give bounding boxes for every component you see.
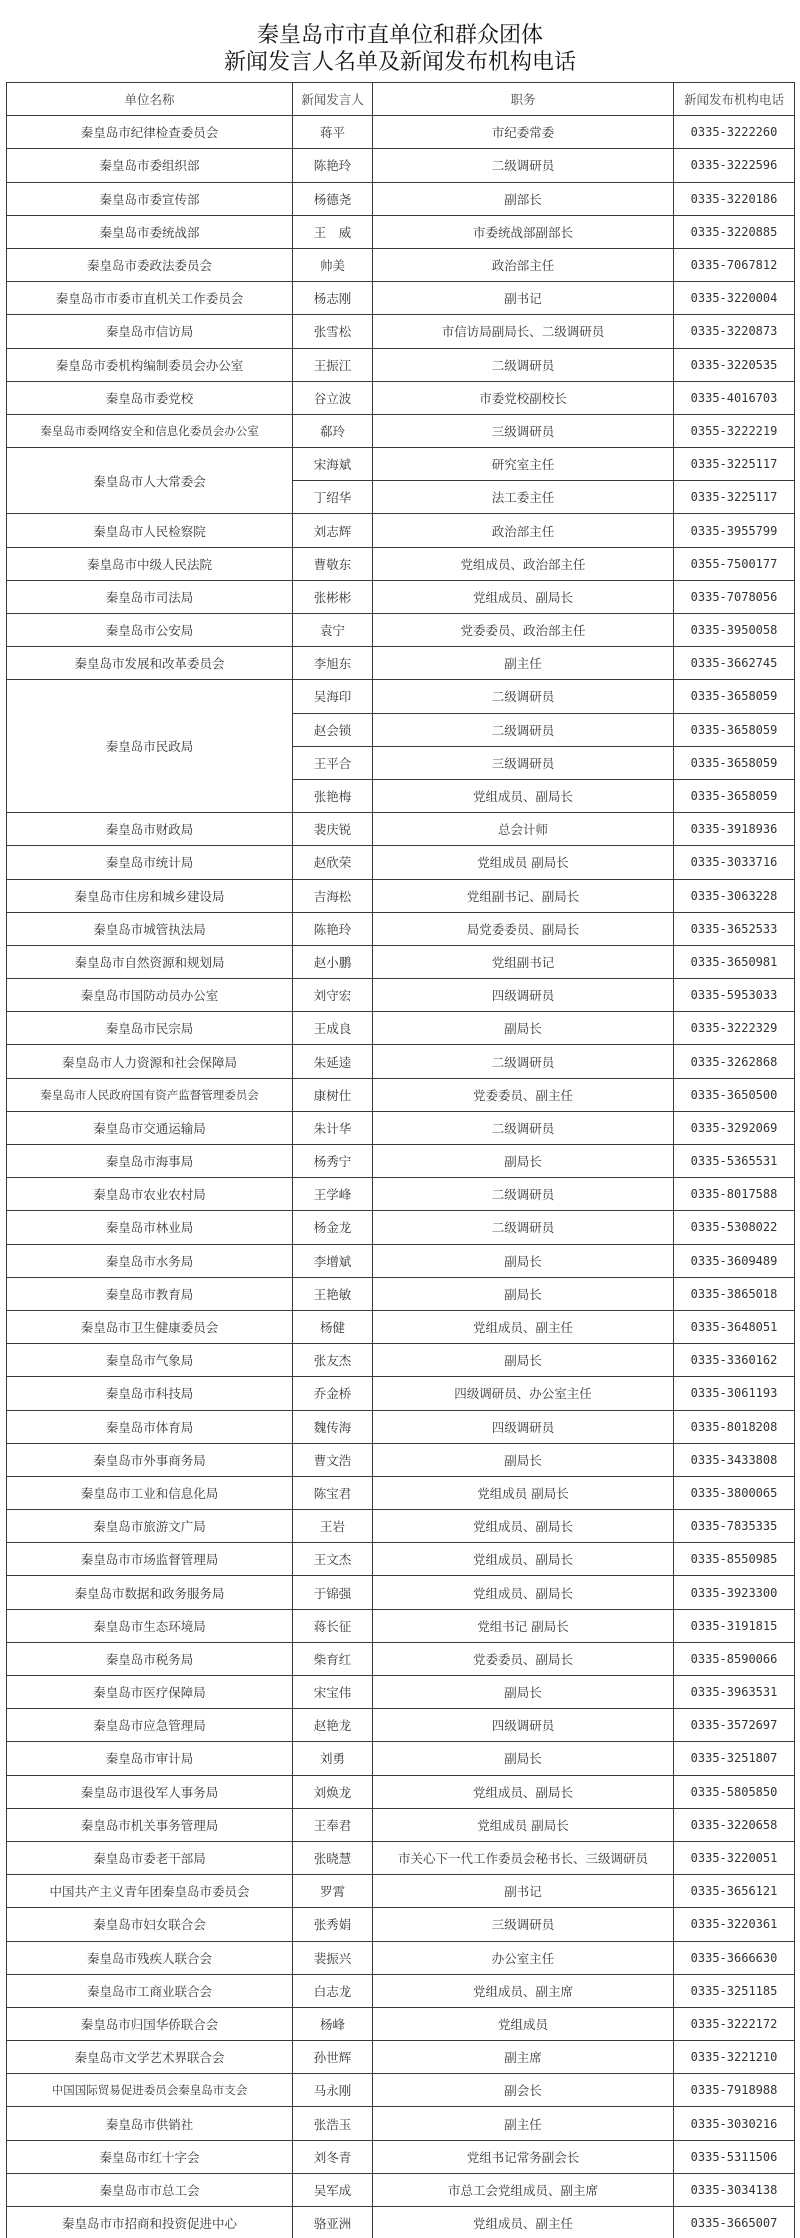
cell-position: 四级调研员 xyxy=(373,1410,674,1443)
cell-position: 副局长 xyxy=(373,1145,674,1178)
cell-phone: 0335-5805850 xyxy=(674,1775,795,1808)
table-row: 秦皇岛市审计局刘勇副局长0335-3251807 xyxy=(7,1742,795,1775)
cell-position: 二级调研员 xyxy=(373,1178,674,1211)
cell-position: 副主席 xyxy=(373,2041,674,2074)
table-row: 秦皇岛市信访局张雪松市信访局副局长、二级调研员0335-3220873 xyxy=(7,315,795,348)
cell-position: 市委统战部副部长 xyxy=(373,215,674,248)
cell-unit: 秦皇岛市体育局 xyxy=(7,1410,293,1443)
table-row: 秦皇岛市科技局乔金桥四级调研员、办公室主任0335-3061193 xyxy=(7,1377,795,1410)
cell-unit: 秦皇岛市生态环境局 xyxy=(7,1609,293,1642)
cell-unit: 秦皇岛市纪律检查委员会 xyxy=(7,116,293,149)
table-body: 秦皇岛市纪律检查委员会蒋平市纪委常委0335-3222260秦皇岛市委组织部陈艳… xyxy=(7,116,795,2238)
document-title: 秦皇岛市市直单位和群众团体 新闻发言人名单及新闻发布机构电话 xyxy=(0,0,800,82)
table-row: 秦皇岛市国防动员办公室刘守宏四级调研员0335-5953033 xyxy=(7,979,795,1012)
cell-phone: 0335-5308022 xyxy=(674,1211,795,1244)
cell-phone: 0335-3063228 xyxy=(674,879,795,912)
cell-spokesperson: 陈艳玲 xyxy=(293,149,373,182)
cell-spokesperson: 朱延逵 xyxy=(293,1045,373,1078)
cell-position: 副局长 xyxy=(373,1244,674,1277)
cell-phone: 0335-3262868 xyxy=(674,1045,795,1078)
cell-spokesperson: 康树仕 xyxy=(293,1078,373,1111)
cell-unit: 秦皇岛市旅游文广局 xyxy=(7,1510,293,1543)
cell-phone: 0335-3222172 xyxy=(674,2007,795,2040)
cell-position: 二级调研员 xyxy=(373,348,674,381)
cell-unit: 秦皇岛市国防动员办公室 xyxy=(7,979,293,1012)
cell-position: 二级调研员 xyxy=(373,1111,674,1144)
cell-unit: 秦皇岛市农业农村局 xyxy=(7,1178,293,1211)
cell-position: 办公室主任 xyxy=(373,1941,674,1974)
cell-unit: 秦皇岛市外事商务局 xyxy=(7,1443,293,1476)
cell-phone: 0335-3662745 xyxy=(674,647,795,680)
cell-unit: 秦皇岛市机关事务管理局 xyxy=(7,1808,293,1841)
cell-spokesperson: 裴庆锐 xyxy=(293,813,373,846)
cell-spokesperson: 杨德尧 xyxy=(293,182,373,215)
cell-unit: 中国共产主义青年团秦皇岛市委员会 xyxy=(7,1875,293,1908)
table-row: 秦皇岛市交通运输局朱计华二级调研员0335-3292069 xyxy=(7,1111,795,1144)
cell-spokesperson: 王成良 xyxy=(293,1012,373,1045)
cell-spokesperson: 张彬彬 xyxy=(293,580,373,613)
cell-unit: 中国国际贸易促进委员会秦皇岛市支会 xyxy=(7,2074,293,2107)
cell-spokesperson: 丁绍华 xyxy=(293,481,373,514)
cell-position: 三级调研员 xyxy=(373,414,674,447)
table-row: 秦皇岛市委统战部王 威市委统战部副部长0335-3220885 xyxy=(7,215,795,248)
cell-phone: 0335-7835335 xyxy=(674,1510,795,1543)
cell-spokesperson: 乔金桥 xyxy=(293,1377,373,1410)
table-row: 秦皇岛市委党校谷立波市委党校副校长0335-4016703 xyxy=(7,381,795,414)
table-row: 秦皇岛市工业和信息化局陈宝君党组成员 副局长0335-3800065 xyxy=(7,1476,795,1509)
cell-position: 党组成员 副局长 xyxy=(373,1808,674,1841)
table-row: 秦皇岛市旅游文广局王岩党组成员、副局长0335-7835335 xyxy=(7,1510,795,1543)
cell-spokesperson: 魏传海 xyxy=(293,1410,373,1443)
cell-spokesperson: 骆亚洲 xyxy=(293,2207,373,2238)
cell-unit: 秦皇岛市住房和城乡建设局 xyxy=(7,879,293,912)
cell-position: 党组成员、副局长 xyxy=(373,1576,674,1609)
cell-phone: 0335-3572697 xyxy=(674,1709,795,1742)
table-row: 秦皇岛市人民政府国有资产监督管理委员会康树仕党委委员、副主任0335-36505… xyxy=(7,1078,795,1111)
cell-spokesperson: 陈宝君 xyxy=(293,1476,373,1509)
cell-spokesperson: 柴育红 xyxy=(293,1642,373,1675)
cell-position: 市关心下一代工作委员会秘书长、三级调研员 xyxy=(373,1841,674,1874)
cell-unit: 秦皇岛市科技局 xyxy=(7,1377,293,1410)
header-position: 职务 xyxy=(373,83,674,116)
cell-spokesperson: 陈艳玲 xyxy=(293,912,373,945)
cell-phone: 0335-3658059 xyxy=(674,680,795,713)
cell-phone: 0335-7078056 xyxy=(674,580,795,613)
cell-position: 党组副书记、副局长 xyxy=(373,879,674,912)
cell-spokesperson: 王振江 xyxy=(293,348,373,381)
table-row: 中国共产主义青年团秦皇岛市委员会罗霄副书记0335-3656121 xyxy=(7,1875,795,1908)
cell-position: 党组成员、副主任 xyxy=(373,2207,674,2238)
cell-phone: 0335-3665007 xyxy=(674,2207,795,2238)
cell-phone: 0335-4016703 xyxy=(674,381,795,414)
cell-position: 三级调研员 xyxy=(373,1908,674,1941)
table-row: 秦皇岛市医疗保障局宋宝伟副局长0335-3963531 xyxy=(7,1676,795,1709)
cell-phone: 0335-3220004 xyxy=(674,282,795,315)
header-phone: 新闻发布机构电话 xyxy=(674,83,795,116)
cell-phone: 0335-3251807 xyxy=(674,1742,795,1775)
cell-phone: 0335-3650500 xyxy=(674,1078,795,1111)
cell-phone: 0335-3061193 xyxy=(674,1377,795,1410)
cell-unit: 秦皇岛市红十字会 xyxy=(7,2140,293,2173)
table-row: 秦皇岛市委政法委员会帅美政治部主任0335-7067812 xyxy=(7,248,795,281)
cell-position: 党委委员、副主任 xyxy=(373,1078,674,1111)
cell-unit: 秦皇岛市市场监督管理局 xyxy=(7,1543,293,1576)
table-row: 秦皇岛市委组织部陈艳玲二级调研员0335-3222596 xyxy=(7,149,795,182)
table-row: 秦皇岛市退役军人事务局刘焕龙党组成员、副局长0335-5805850 xyxy=(7,1775,795,1808)
cell-unit: 秦皇岛市发展和改革委员会 xyxy=(7,647,293,680)
cell-spokesperson: 杨秀宁 xyxy=(293,1145,373,1178)
cell-phone: 0335-8590066 xyxy=(674,1642,795,1675)
cell-spokesperson: 张秀娟 xyxy=(293,1908,373,1941)
cell-position: 党组成员、副局长 xyxy=(373,580,674,613)
table-row: 秦皇岛市机关事务管理局王奉君党组成员 副局长0335-3220658 xyxy=(7,1808,795,1841)
cell-unit: 秦皇岛市市总工会 xyxy=(7,2173,293,2206)
cell-phone: 0335-3433808 xyxy=(674,1443,795,1476)
table-row: 秦皇岛市委网络安全和信息化委员会办公室郗玲三级调研员0355-3222219 xyxy=(7,414,795,447)
table-row: 秦皇岛市文学艺术界联合会孙世辉副主席0335-3221210 xyxy=(7,2041,795,2074)
cell-position: 二级调研员 xyxy=(373,1211,674,1244)
cell-phone: 0335-3950058 xyxy=(674,614,795,647)
cell-phone: 0335-3800065 xyxy=(674,1476,795,1509)
cell-position: 党组成员 副局长 xyxy=(373,1476,674,1509)
cell-unit: 秦皇岛市自然资源和规划局 xyxy=(7,945,293,978)
cell-unit: 秦皇岛市城管执法局 xyxy=(7,912,293,945)
table-row: 秦皇岛市发展和改革委员会李旭东副主任0335-3662745 xyxy=(7,647,795,680)
cell-unit: 秦皇岛市工业和信息化局 xyxy=(7,1476,293,1509)
table-row: 秦皇岛市外事商务局曹文浩副局长0335-3433808 xyxy=(7,1443,795,1476)
table-row: 秦皇岛市民宗局王成良副局长0335-3222329 xyxy=(7,1012,795,1045)
cell-unit: 秦皇岛市委宣传部 xyxy=(7,182,293,215)
cell-spokesperson: 于锦强 xyxy=(293,1576,373,1609)
cell-position: 市纪委常委 xyxy=(373,116,674,149)
table-row: 秦皇岛市工商业联合会白志龙党组成员、副主席0335-3251185 xyxy=(7,1974,795,2007)
cell-unit: 秦皇岛市交通运输局 xyxy=(7,1111,293,1144)
cell-position: 党组书记常务副会长 xyxy=(373,2140,674,2173)
cell-phone: 0335-8550985 xyxy=(674,1543,795,1576)
cell-unit: 秦皇岛市审计局 xyxy=(7,1742,293,1775)
cell-unit: 秦皇岛市林业局 xyxy=(7,1211,293,1244)
cell-spokesperson: 王艳敏 xyxy=(293,1277,373,1310)
table-row: 秦皇岛市卫生健康委员会杨健党组成员、副主任0335-3648051 xyxy=(7,1310,795,1343)
table-row: 秦皇岛市司法局张彬彬党组成员、副局长0335-7078056 xyxy=(7,580,795,613)
cell-spokesperson: 李增斌 xyxy=(293,1244,373,1277)
table-row: 秦皇岛市残疾人联合会裴振兴办公室主任0335-3666630 xyxy=(7,1941,795,1974)
table-row: 秦皇岛市农业农村局王学峰二级调研员0335-8017588 xyxy=(7,1178,795,1211)
table-row: 秦皇岛市气象局张友杰副局长0335-3360162 xyxy=(7,1344,795,1377)
cell-phone: 0335-5311506 xyxy=(674,2140,795,2173)
cell-spokesperson: 刘勇 xyxy=(293,1742,373,1775)
table-row: 秦皇岛市公安局袁宁党委委员、政治部主任0335-3950058 xyxy=(7,614,795,647)
cell-phone: 0335-3030216 xyxy=(674,2107,795,2140)
table-header-row: 单位名称 新闻发言人 职务 新闻发布机构电话 xyxy=(7,83,795,116)
cell-spokesperson: 赵欣荣 xyxy=(293,846,373,879)
cell-spokesperson: 王岩 xyxy=(293,1510,373,1543)
table-row: 秦皇岛市人大常委会宋海斌研究室主任0335-3225117 xyxy=(7,448,795,481)
cell-spokesperson: 张浩玉 xyxy=(293,2107,373,2140)
cell-phone: 0335-3963531 xyxy=(674,1676,795,1709)
cell-phone: 0335-3220873 xyxy=(674,315,795,348)
cell-position: 政治部主任 xyxy=(373,514,674,547)
cell-unit: 秦皇岛市供销社 xyxy=(7,2107,293,2140)
cell-unit: 秦皇岛市委政法委员会 xyxy=(7,248,293,281)
cell-spokesperson: 杨健 xyxy=(293,1310,373,1343)
table-row: 秦皇岛市纪律检查委员会蒋平市纪委常委0335-3222260 xyxy=(7,116,795,149)
cell-unit: 秦皇岛市人民检察院 xyxy=(7,514,293,547)
table-row: 秦皇岛市委老干部局张晓慧市关心下一代工作委员会秘书长、三级调研员0335-322… xyxy=(7,1841,795,1874)
cell-unit: 秦皇岛市教育局 xyxy=(7,1277,293,1310)
cell-position: 三级调研员 xyxy=(373,746,674,779)
cell-spokesperson: 罗霄 xyxy=(293,1875,373,1908)
cell-spokesperson: 曹文浩 xyxy=(293,1443,373,1476)
cell-spokesperson: 王奉君 xyxy=(293,1808,373,1841)
cell-spokesperson: 杨金龙 xyxy=(293,1211,373,1244)
cell-unit: 秦皇岛市人民政府国有资产监督管理委员会 xyxy=(7,1078,293,1111)
cell-position: 副书记 xyxy=(373,282,674,315)
cell-position: 市信访局副局长、二级调研员 xyxy=(373,315,674,348)
cell-unit: 秦皇岛市数据和政务服务局 xyxy=(7,1576,293,1609)
cell-spokesperson: 张雪松 xyxy=(293,315,373,348)
cell-phone: 0335-7067812 xyxy=(674,248,795,281)
cell-phone: 0335-3923300 xyxy=(674,1576,795,1609)
table-row: 秦皇岛市市总工会吴军成市总工会党组成员、副主席0335-3034138 xyxy=(7,2173,795,2206)
cell-position: 党组成员、副局长 xyxy=(373,1775,674,1808)
table-row: 秦皇岛市生态环境局蒋长征党组书记 副局长0335-3191815 xyxy=(7,1609,795,1642)
cell-spokesperson: 蒋长征 xyxy=(293,1609,373,1642)
cell-position: 副局长 xyxy=(373,1443,674,1476)
cell-spokesperson: 朱计华 xyxy=(293,1111,373,1144)
cell-spokesperson: 吴军成 xyxy=(293,2173,373,2206)
cell-position: 副局长 xyxy=(373,1344,674,1377)
table-row: 秦皇岛市财政局裴庆锐总会计师0335-3918936 xyxy=(7,813,795,846)
cell-position: 副局长 xyxy=(373,1742,674,1775)
title-line-2: 新闻发言人名单及新闻发布机构电话 xyxy=(0,49,800,76)
cell-spokesperson: 帅美 xyxy=(293,248,373,281)
table-row: 秦皇岛市海事局杨秀宁副局长0335-5365531 xyxy=(7,1145,795,1178)
cell-spokesperson: 赵会锁 xyxy=(293,713,373,746)
cell-phone: 0335-3221210 xyxy=(674,2041,795,2074)
cell-unit: 秦皇岛市信访局 xyxy=(7,315,293,348)
table-row: 秦皇岛市水务局李增斌副局长0335-3609489 xyxy=(7,1244,795,1277)
cell-spokesperson: 赵小鹏 xyxy=(293,945,373,978)
cell-phone: 0335-8018208 xyxy=(674,1410,795,1443)
cell-unit: 秦皇岛市统计局 xyxy=(7,846,293,879)
cell-spokesperson: 宋宝伟 xyxy=(293,1676,373,1709)
cell-unit: 秦皇岛市司法局 xyxy=(7,580,293,613)
table-row: 中国国际贸易促进委员会秦皇岛市支会马永刚副会长0335-7918988 xyxy=(7,2074,795,2107)
cell-phone: 0335-3033716 xyxy=(674,846,795,879)
cell-position: 党组成员、副主任 xyxy=(373,1310,674,1343)
cell-unit: 秦皇岛市应急管理局 xyxy=(7,1709,293,1742)
table-row: 秦皇岛市市委市直机关工作委员会杨志刚副书记0335-3220004 xyxy=(7,282,795,315)
cell-spokesperson: 王 威 xyxy=(293,215,373,248)
cell-phone: 0335-3865018 xyxy=(674,1277,795,1310)
cell-unit: 秦皇岛市民政局 xyxy=(7,680,293,813)
cell-spokesperson: 张友杰 xyxy=(293,1344,373,1377)
cell-phone: 0335-3222260 xyxy=(674,116,795,149)
cell-unit: 秦皇岛市委党校 xyxy=(7,381,293,414)
cell-phone: 0335-8017588 xyxy=(674,1178,795,1211)
cell-position: 四级调研员、办公室主任 xyxy=(373,1377,674,1410)
cell-spokesperson: 蒋平 xyxy=(293,116,373,149)
cell-position: 党委委员、副局长 xyxy=(373,1642,674,1675)
cell-position: 党组成员、副主席 xyxy=(373,1974,674,2007)
cell-position: 副主任 xyxy=(373,2107,674,2140)
cell-phone: 0335-3034138 xyxy=(674,2173,795,2206)
cell-spokesperson: 马永刚 xyxy=(293,2074,373,2107)
cell-phone: 0335-3191815 xyxy=(674,1609,795,1642)
cell-phone: 0335-3222596 xyxy=(674,149,795,182)
cell-position: 二级调研员 xyxy=(373,1045,674,1078)
cell-unit: 秦皇岛市卫生健康委员会 xyxy=(7,1310,293,1343)
cell-position: 二级调研员 xyxy=(373,713,674,746)
table-row: 秦皇岛市体育局魏传海四级调研员0335-8018208 xyxy=(7,1410,795,1443)
table-row: 秦皇岛市委机构编制委员会办公室王振江二级调研员0335-3220535 xyxy=(7,348,795,381)
table-row: 秦皇岛市林业局杨金龙二级调研员0335-5308022 xyxy=(7,1211,795,1244)
cell-spokesperson: 袁宁 xyxy=(293,614,373,647)
cell-unit: 秦皇岛市委组织部 xyxy=(7,149,293,182)
cell-phone: 0335-3650981 xyxy=(674,945,795,978)
cell-unit: 秦皇岛市医疗保障局 xyxy=(7,1676,293,1709)
cell-phone: 0335-7918988 xyxy=(674,2074,795,2107)
cell-position: 二级调研员 xyxy=(373,680,674,713)
table-row: 秦皇岛市供销社张浩玉副主任0335-3030216 xyxy=(7,2107,795,2140)
cell-position: 副局长 xyxy=(373,1676,674,1709)
cell-phone: 0335-3658059 xyxy=(674,746,795,779)
cell-phone: 0335-3220535 xyxy=(674,348,795,381)
cell-phone: 0335-3220051 xyxy=(674,1841,795,1874)
cell-phone: 0355-3222219 xyxy=(674,414,795,447)
table-row: 秦皇岛市应急管理局赵艳龙四级调研员0335-3572697 xyxy=(7,1709,795,1742)
cell-position: 党委委员、政治部主任 xyxy=(373,614,674,647)
spokesperson-table: 单位名称 新闻发言人 职务 新闻发布机构电话 秦皇岛市纪律检查委员会蒋平市纪委常… xyxy=(6,82,795,2238)
cell-unit: 秦皇岛市中级人民法院 xyxy=(7,547,293,580)
cell-phone: 0335-3648051 xyxy=(674,1310,795,1343)
table-row: 秦皇岛市税务局柴育红党委委员、副局长0335-8590066 xyxy=(7,1642,795,1675)
cell-unit: 秦皇岛市民宗局 xyxy=(7,1012,293,1045)
table-row: 秦皇岛市市招商和投资促进中心骆亚洲党组成员、副主任0335-3665007 xyxy=(7,2207,795,2238)
cell-spokesperson: 张晓慧 xyxy=(293,1841,373,1874)
cell-unit: 秦皇岛市文学艺术界联合会 xyxy=(7,2041,293,2074)
cell-unit: 秦皇岛市妇女联合会 xyxy=(7,1908,293,1941)
title-line-1: 秦皇岛市市直单位和群众团体 xyxy=(0,0,800,49)
cell-unit: 秦皇岛市委网络安全和信息化委员会办公室 xyxy=(7,414,293,447)
cell-position: 政治部主任 xyxy=(373,248,674,281)
cell-position: 党组成员 xyxy=(373,2007,674,2040)
cell-phone: 0335-3220885 xyxy=(674,215,795,248)
cell-position: 党组成员、副局长 xyxy=(373,779,674,812)
header-spokesperson: 新闻发言人 xyxy=(293,83,373,116)
cell-unit: 秦皇岛市海事局 xyxy=(7,1145,293,1178)
cell-unit: 秦皇岛市水务局 xyxy=(7,1244,293,1277)
cell-position: 副主任 xyxy=(373,647,674,680)
header-unit: 单位名称 xyxy=(7,83,293,116)
cell-position: 副局长 xyxy=(373,1012,674,1045)
cell-unit: 秦皇岛市公安局 xyxy=(7,614,293,647)
cell-unit: 秦皇岛市委老干部局 xyxy=(7,1841,293,1874)
cell-phone: 0335-3360162 xyxy=(674,1344,795,1377)
cell-phone: 0335-5365531 xyxy=(674,1145,795,1178)
table-row: 秦皇岛市城管执法局陈艳玲局党委委员、副局长0335-3652533 xyxy=(7,912,795,945)
cell-position: 二级调研员 xyxy=(373,149,674,182)
cell-phone: 0335-3292069 xyxy=(674,1111,795,1144)
cell-position: 市总工会党组成员、副主席 xyxy=(373,2173,674,2206)
cell-phone: 0335-3220186 xyxy=(674,182,795,215)
cell-spokesperson: 曹敬东 xyxy=(293,547,373,580)
cell-spokesperson: 郗玲 xyxy=(293,414,373,447)
cell-spokesperson: 宋海斌 xyxy=(293,448,373,481)
cell-unit: 秦皇岛市委机构编制委员会办公室 xyxy=(7,348,293,381)
cell-position: 副部长 xyxy=(373,182,674,215)
cell-phone: 0335-3656121 xyxy=(674,1875,795,1908)
table-row: 秦皇岛市自然资源和规划局赵小鹏党组副书记0335-3650981 xyxy=(7,945,795,978)
cell-unit: 秦皇岛市人力资源和社会保障局 xyxy=(7,1045,293,1078)
cell-position: 研究室主任 xyxy=(373,448,674,481)
cell-phone: 0335-3222329 xyxy=(674,1012,795,1045)
cell-position: 总会计师 xyxy=(373,813,674,846)
cell-spokesperson: 刘志辉 xyxy=(293,514,373,547)
cell-position: 市委党校副校长 xyxy=(373,381,674,414)
table-row: 秦皇岛市中级人民法院曹敬东党组成员、政治部主任0355-7500177 xyxy=(7,547,795,580)
cell-unit: 秦皇岛市市委市直机关工作委员会 xyxy=(7,282,293,315)
cell-phone: 0335-3658059 xyxy=(674,779,795,812)
cell-spokesperson: 刘守宏 xyxy=(293,979,373,1012)
cell-unit: 秦皇岛市市招商和投资促进中心 xyxy=(7,2207,293,2238)
cell-unit: 秦皇岛市工商业联合会 xyxy=(7,1974,293,2007)
table-row: 秦皇岛市红十字会刘冬青党组书记常务副会长0335-5311506 xyxy=(7,2140,795,2173)
cell-phone: 0335-3220361 xyxy=(674,1908,795,1941)
cell-phone: 0335-3658059 xyxy=(674,713,795,746)
cell-position: 四级调研员 xyxy=(373,1709,674,1742)
table-row: 秦皇岛市归国华侨联合会杨峰党组成员0335-3222172 xyxy=(7,2007,795,2040)
cell-unit: 秦皇岛市人大常委会 xyxy=(7,448,293,514)
table-row: 秦皇岛市住房和城乡建设局吉海松党组副书记、副局长0335-3063228 xyxy=(7,879,795,912)
table-row: 秦皇岛市人力资源和社会保障局朱延逵二级调研员0335-3262868 xyxy=(7,1045,795,1078)
cell-spokesperson: 李旭东 xyxy=(293,647,373,680)
cell-position: 党组成员、副局长 xyxy=(373,1543,674,1576)
cell-unit: 秦皇岛市残疾人联合会 xyxy=(7,1941,293,1974)
cell-position: 党组副书记 xyxy=(373,945,674,978)
cell-position: 党组成员、政治部主任 xyxy=(373,547,674,580)
cell-phone: 0355-7500177 xyxy=(674,547,795,580)
cell-position: 四级调研员 xyxy=(373,979,674,1012)
cell-phone: 0335-3918936 xyxy=(674,813,795,846)
table-row: 秦皇岛市委宣传部杨德尧副部长0335-3220186 xyxy=(7,182,795,215)
cell-position: 党组书记 副局长 xyxy=(373,1609,674,1642)
table-row: 秦皇岛市统计局赵欣荣党组成员 副局长0335-3033716 xyxy=(7,846,795,879)
cell-spokesperson: 吉海松 xyxy=(293,879,373,912)
cell-unit: 秦皇岛市归国华侨联合会 xyxy=(7,2007,293,2040)
table-row: 秦皇岛市人民检察院刘志辉政治部主任0335-3955799 xyxy=(7,514,795,547)
cell-phone: 0335-3225117 xyxy=(674,481,795,514)
cell-spokesperson: 赵艳龙 xyxy=(293,1709,373,1742)
cell-spokesperson: 吴海印 xyxy=(293,680,373,713)
cell-spokesperson: 裴振兴 xyxy=(293,1941,373,1974)
cell-position: 党组成员 副局长 xyxy=(373,846,674,879)
cell-unit: 秦皇岛市退役军人事务局 xyxy=(7,1775,293,1808)
table-row: 秦皇岛市妇女联合会张秀娟三级调研员0335-3220361 xyxy=(7,1908,795,1941)
cell-position: 法工委主任 xyxy=(373,481,674,514)
cell-spokesperson: 刘冬青 xyxy=(293,2140,373,2173)
cell-spokesperson: 王文杰 xyxy=(293,1543,373,1576)
cell-position: 副会长 xyxy=(373,2074,674,2107)
cell-position: 党组成员、副局长 xyxy=(373,1510,674,1543)
cell-phone: 0335-3251185 xyxy=(674,1974,795,2007)
cell-unit: 秦皇岛市委统战部 xyxy=(7,215,293,248)
table-row: 秦皇岛市教育局王艳敏副局长0335-3865018 xyxy=(7,1277,795,1310)
cell-position: 副局长 xyxy=(373,1277,674,1310)
table-row: 秦皇岛市市场监督管理局王文杰党组成员、副局长0335-8550985 xyxy=(7,1543,795,1576)
cell-unit: 秦皇岛市税务局 xyxy=(7,1642,293,1675)
